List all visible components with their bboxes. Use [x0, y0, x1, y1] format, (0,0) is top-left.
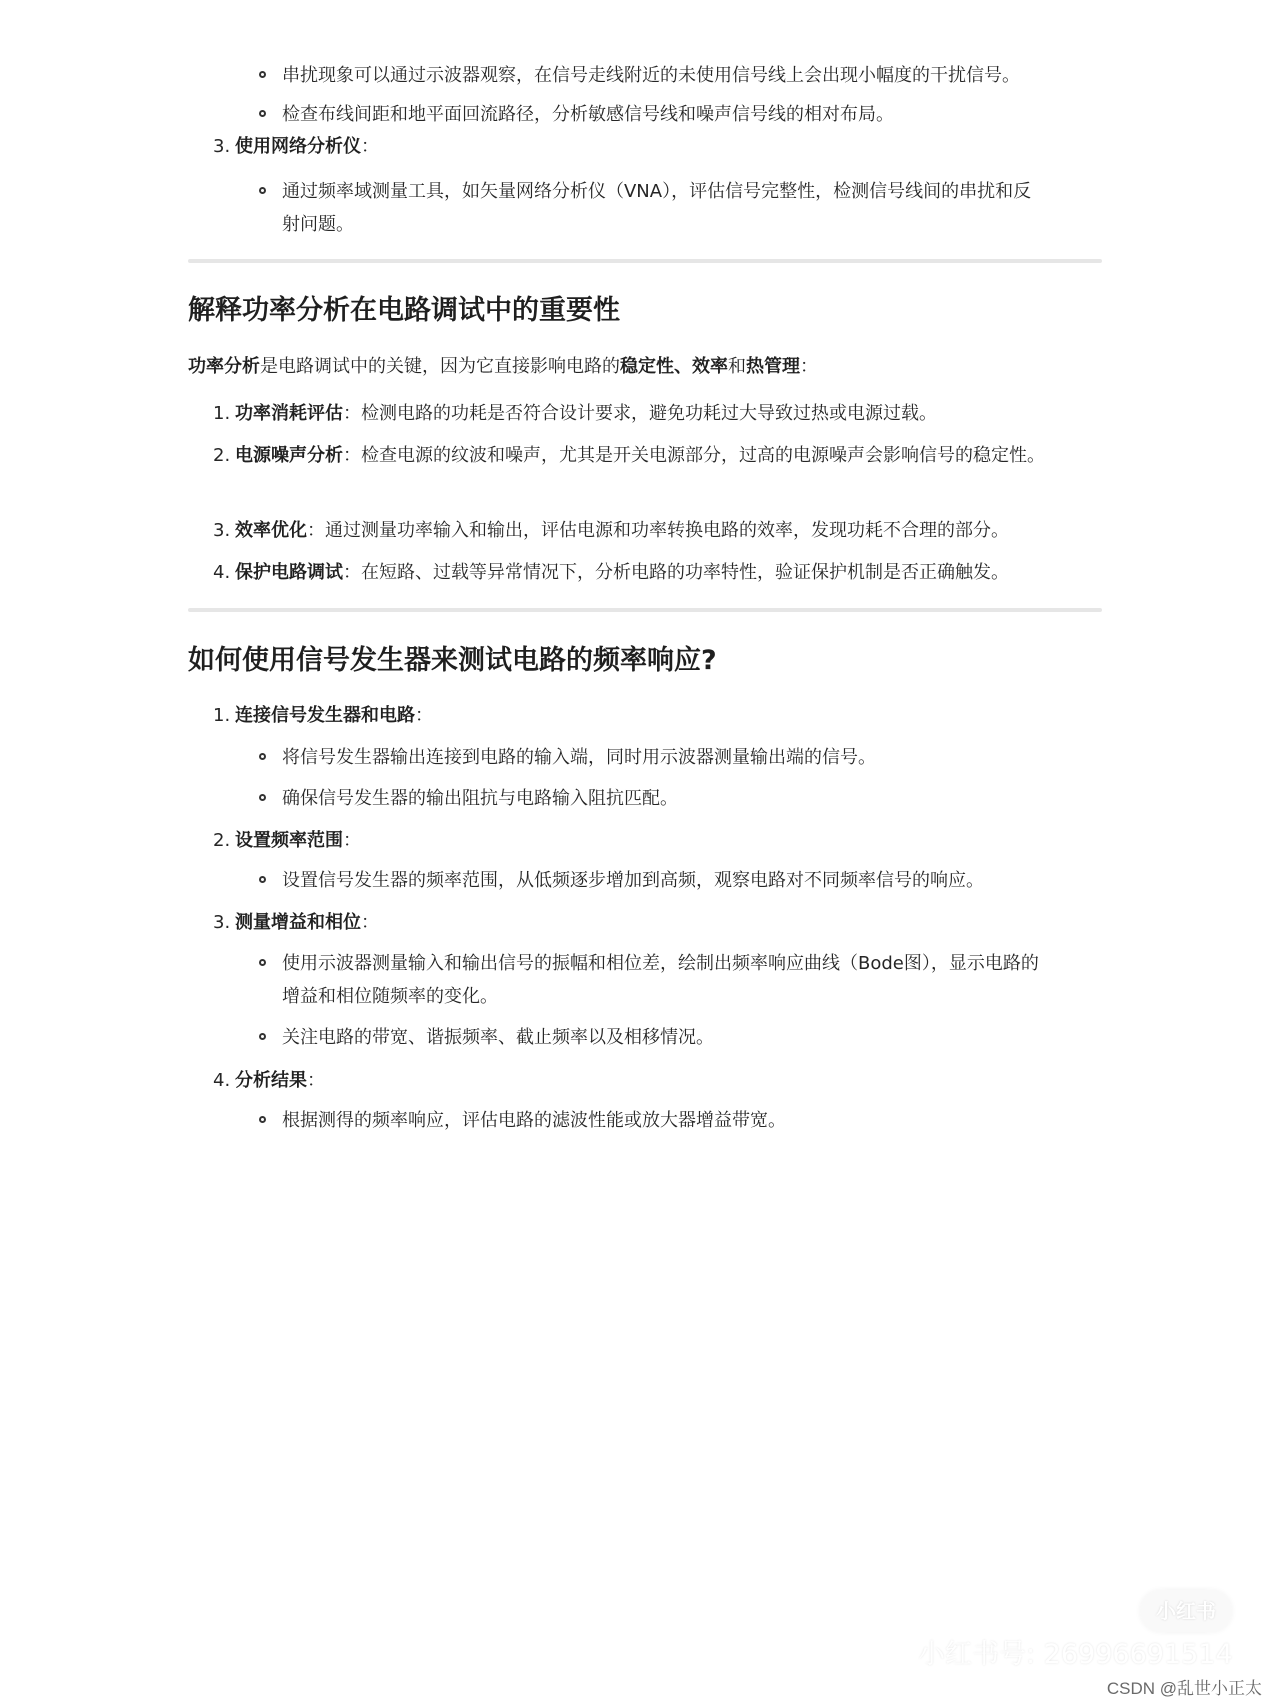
ordered-list-item: 3.使用网络分析仪： — [213, 130, 379, 163]
hollow-bullet-icon — [259, 876, 266, 883]
section-divider — [188, 608, 1102, 612]
ordered-list-item: 2.电源噪声分析：检查电源的纹波和噪声，尤其是开关电源部分，过高的电源噪声会影响… — [213, 439, 1095, 472]
ordered-list-item: 4.保护电路调试：在短路、过载等异常情况下，分析电路的功率特性，验证保护机制是否… — [213, 556, 1009, 589]
hollow-bullet-icon — [259, 1033, 266, 1040]
ordered-list-item: 1.连接信号发生器和电路： — [213, 699, 433, 732]
list-item: 确保信号发生器的输出阻抗与电路输入阻抗匹配。 — [259, 782, 1089, 815]
list-item: 根据测得的频率响应，评估电路的滤波性能或放大器增益带宽。 — [259, 1104, 1089, 1137]
section-divider — [188, 259, 1102, 263]
list-number: 3. — [213, 130, 235, 163]
hollow-bullet-icon — [259, 959, 266, 966]
list-item: 通过频率域测量工具，如矢量网络分析仪（VNA），评估信号完整性，检测信号线间的串… — [259, 175, 1039, 241]
ordered-list-item: 3.测量增益和相位： — [213, 906, 379, 939]
list-item: 关注电路的带宽、谐振频率、截止频率以及相移情况。 — [259, 1021, 1089, 1054]
ordered-list-item: 1.功率消耗评估：检测电路的功耗是否符合设计要求，避免功耗过大导致过热或电源过载… — [213, 397, 937, 430]
list-item: 将信号发生器输出连接到电路的输入端，同时用示波器测量输出端的信号。 — [259, 741, 1089, 774]
ordered-list-item: 2.设置频率范围： — [213, 824, 361, 857]
section-heading: 如何使用信号发生器来测试电路的频率响应? — [188, 643, 717, 679]
hollow-bullet-icon — [259, 794, 266, 801]
csdn-author-watermark: CSDN @乱世小正太 — [1107, 1678, 1262, 1700]
hollow-bullet-icon — [259, 187, 266, 194]
list-item: 串扰现象可以通过示波器观察，在信号走线附近的未使用信号线上会出现小幅度的干扰信号… — [259, 59, 1089, 92]
ordered-list-item: 3.效率优化：通过测量功率输入和输出，评估电源和功率转换电路的效率，发现功耗不合… — [213, 514, 1009, 547]
list-item: 使用示波器测量输入和输出信号的振幅和相位差，绘制出频率响应曲线（Bode图），显… — [259, 947, 1049, 1013]
hollow-bullet-icon — [259, 753, 266, 760]
list-term: 使用网络分析仪 — [235, 136, 361, 157]
xiaohongshu-logo-watermark: 小红书 — [1140, 1590, 1232, 1632]
list-item: 设置信号发生器的频率范围，从低频逐步增加到高频，观察电路对不同频率信号的响应。 — [259, 864, 1089, 897]
ordered-list-item: 4.分析结果： — [213, 1064, 325, 1097]
intro-paragraph: 功率分析是电路调试中的关键，因为它直接影响电路的稳定性、效率和热管理： — [188, 350, 818, 383]
hollow-bullet-icon — [259, 71, 266, 78]
list-item: 检查布线间距和地平面回流路径，分析敏感信号线和噪声信号线的相对布局。 — [259, 98, 1089, 131]
hollow-bullet-icon — [259, 1116, 266, 1123]
section-heading: 解释功率分析在电路调试中的重要性 — [188, 293, 620, 329]
xiaohongshu-id-watermark: 小红书号: 26996691514 — [918, 1640, 1233, 1670]
hollow-bullet-icon — [259, 110, 266, 117]
